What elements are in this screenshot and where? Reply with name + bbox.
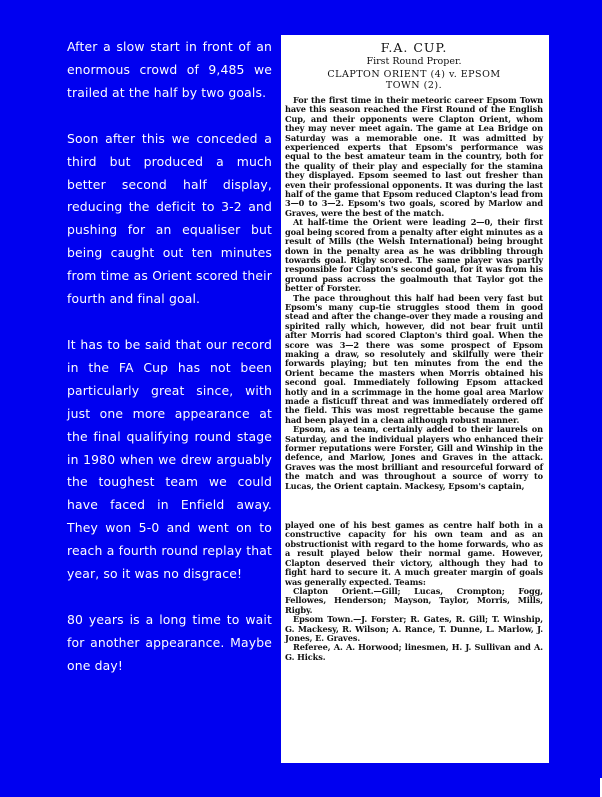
story-paragraph: It has to be said that our record in the…	[67, 334, 272, 586]
newspaper-clipping: F.A. CUP. First Round Proper. CLAPTON OR…	[281, 35, 549, 763]
clipping-paragraph: The pace throughout this half had been v…	[285, 294, 543, 426]
clipping-title: F.A. CUP.	[285, 41, 543, 55]
clipping-heading: CLAPTON ORIENT (4) v. EPSOM	[285, 70, 543, 79]
story-paragraph: 80 years is a long time to wait for anot…	[67, 609, 272, 678]
story-paragraph: After a slow start in front of an enormo…	[67, 36, 272, 105]
clipping-paragraph: Epsom, as a team, certainly added to the…	[285, 425, 543, 491]
clipping-team-epsom: Epsom Town.—J. Forster; R. Gates, R. Gil…	[285, 615, 543, 643]
clipping-subtitle: First Round Proper.	[285, 56, 543, 68]
clipping-paragraph: At half-time the Orient were leading 2—0…	[285, 218, 543, 293]
clipping-team-orient: Clapton Orient.—Gill; Lucas, Crompton; F…	[285, 587, 543, 615]
clipping-paragraph: played one of his best games as centre h…	[285, 521, 543, 587]
clipping-paragraph: For the first time in their meteoric car…	[285, 96, 543, 218]
column-break	[285, 491, 543, 521]
clipping-heading-line2: TOWN (2).	[285, 81, 543, 90]
clipping-body: For the first time in their meteoric car…	[285, 96, 543, 662]
story-paragraph: Soon after this we conceded a third but …	[67, 128, 272, 311]
story-text: After a slow start in front of an enormo…	[67, 36, 272, 701]
clipping-officials: Referee, A. A. Horwood; linesmen, H. J. …	[285, 643, 543, 662]
